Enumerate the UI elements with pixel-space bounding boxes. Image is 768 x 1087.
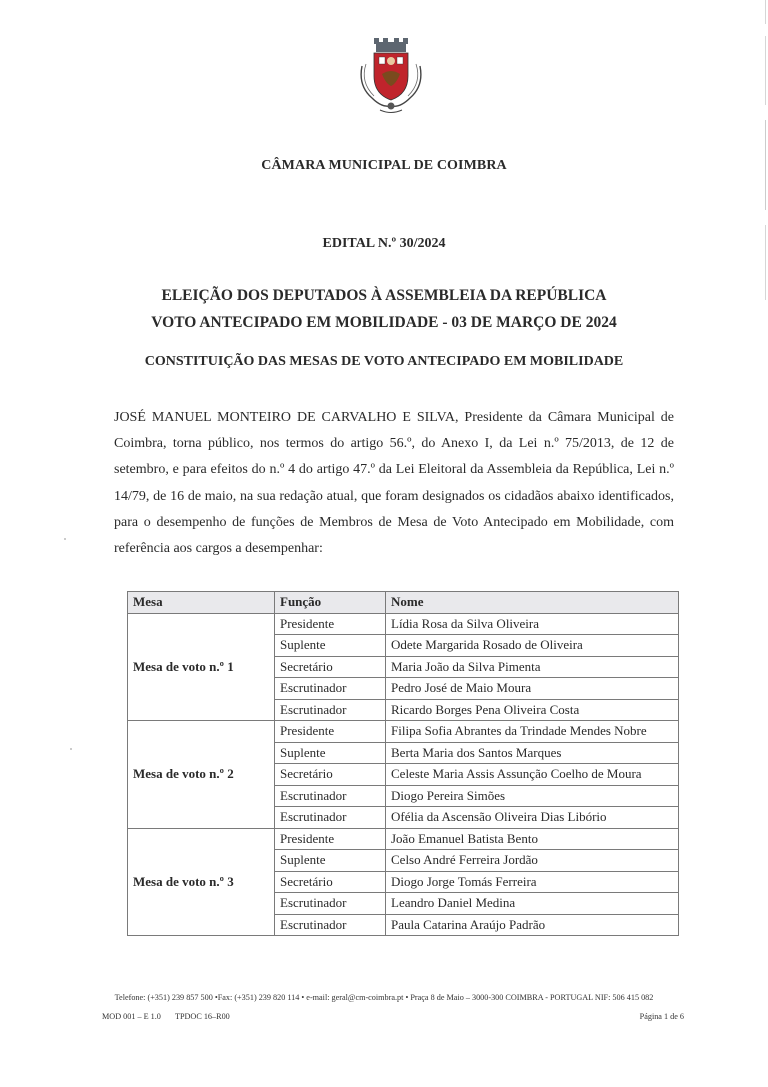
funcao-cell: Secretário [275,656,386,678]
nome-cell: Maria João da Silva Pimenta [386,656,679,678]
table-header-row: Mesa Função Nome [128,592,679,614]
nome-cell: Odete Margarida Rosado de Oliveira [386,635,679,657]
table-body: Mesa de voto n.º 1PresidenteLídia Rosa d… [128,613,679,936]
funcao-cell: Escrutinador [275,893,386,915]
nome-cell: Diogo Jorge Tomás Ferreira [386,871,679,893]
page-number: Página 1 de 6 [640,1012,684,1021]
nome-cell: Diogo Pereira Simões [386,785,679,807]
table-row: Mesa de voto n.º 1PresidenteLídia Rosa d… [128,613,679,635]
funcao-cell: Escrutinador [275,914,386,936]
table-row: Mesa de voto n.º 3PresidenteJoão Emanuel… [128,828,679,850]
scan-speck [64,538,66,540]
footer-contacts: Telefone: (+351) 239 857 500 •Fax: (+351… [0,993,768,1002]
document-title-line-2: VOTO ANTECIPADO EM MOBILIDADE - 03 DE MA… [0,314,768,332]
nome-cell: Filipa Sofia Abrantes da Trindade Mendes… [386,721,679,743]
table-row: Mesa de voto n.º 2PresidenteFilipa Sofia… [128,721,679,743]
funcao-cell: Presidente [275,721,386,743]
document-subtitle: CONSTITUIÇÃO DAS MESAS DE VOTO ANTECIPAD… [0,354,768,370]
footer-codes: MOD 001 – E 1.0 TPDOC 16–R00 [102,1012,230,1021]
nome-cell: João Emanuel Batista Bento [386,828,679,850]
nome-cell: Ofélia da Ascensão Oliveira Dias Libório [386,807,679,829]
funcao-cell: Escrutinador [275,699,386,721]
nome-cell: Celeste Maria Assis Assunção Coelho de M… [386,764,679,786]
scan-edge-artifact [765,0,766,300]
model-code: MOD 001 – E 1.0 [102,1012,161,1021]
nome-cell: Leandro Daniel Medina [386,893,679,915]
nome-cell: Pedro José de Maio Moura [386,678,679,700]
funcao-cell: Presidente [275,828,386,850]
coimbra-crest-icon [354,36,428,116]
funcao-cell: Escrutinador [275,785,386,807]
column-header-nome: Nome [386,592,679,614]
funcao-cell: Suplente [275,850,386,872]
edital-number: EDITAL N.º 30/2024 [0,236,768,252]
column-header-mesa: Mesa [128,592,275,614]
nome-cell: Paula Catarina Araújo Padrão [386,914,679,936]
polling-stations-table: Mesa Função Nome Mesa de voto n.º 1Presi… [127,591,679,936]
nome-cell: Celso André Ferreira Jordão [386,850,679,872]
funcao-cell: Presidente [275,613,386,635]
column-header-funcao: Função [275,592,386,614]
announcement-text: JOSÉ MANUEL MONTEIRO DE CARVALHO E SILVA… [114,405,674,562]
document-title-line-1: ELEIÇÃO DOS DEPUTADOS À ASSEMBLEIA DA RE… [0,287,768,305]
mesa-name-cell: Mesa de voto n.º 2 [128,721,275,829]
funcao-cell: Escrutinador [275,807,386,829]
funcao-cell: Suplente [275,742,386,764]
nome-cell: Lídia Rosa da Silva Oliveira [386,613,679,635]
nome-cell: Ricardo Borges Pena Oliveira Costa [386,699,679,721]
announcement-paragraph: JOSÉ MANUEL MONTEIRO DE CARVALHO E SILVA… [114,405,674,562]
funcao-cell: Secretário [275,764,386,786]
funcao-cell: Secretário [275,871,386,893]
mesa-name-cell: Mesa de voto n.º 3 [128,828,275,936]
mesa-name-cell: Mesa de voto n.º 1 [128,613,275,721]
funcao-cell: Escrutinador [275,678,386,700]
organization-name: CÂMARA MUNICIPAL DE COIMBRA [0,158,768,174]
doc-code: TPDOC 16–R00 [175,1012,230,1021]
funcao-cell: Suplente [275,635,386,657]
scan-speck [70,748,72,750]
nome-cell: Berta Maria dos Santos Marques [386,742,679,764]
